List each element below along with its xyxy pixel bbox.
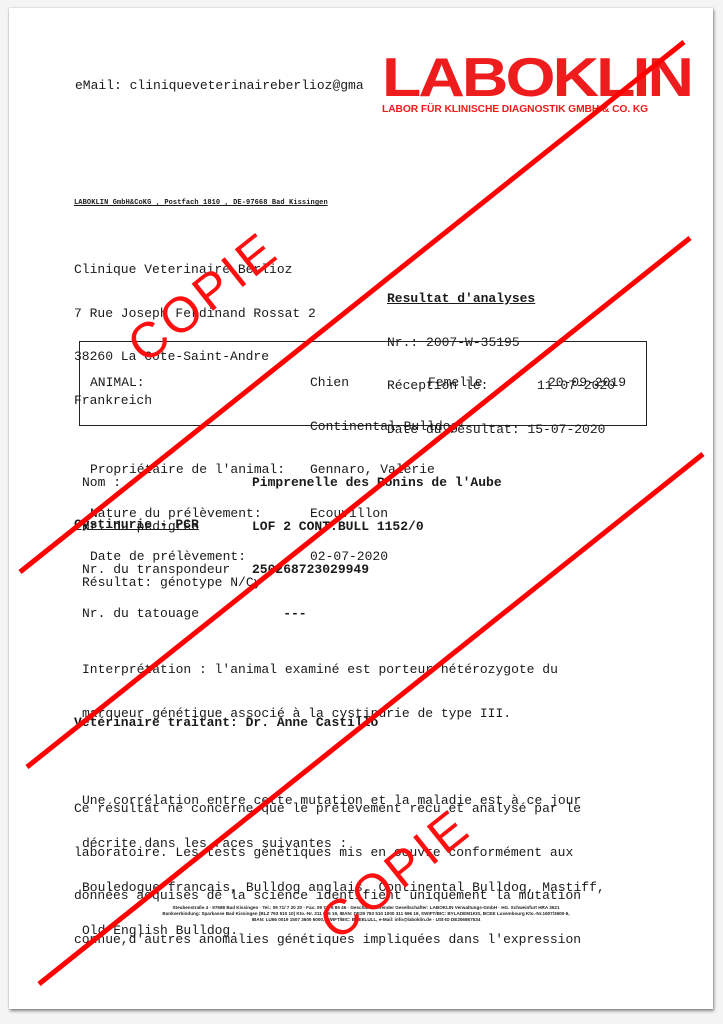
- recipient-line: Clinique Veterinaire Berlioz: [74, 263, 316, 278]
- animal-species: Chien: [310, 376, 428, 391]
- sender-address: LABOKLIN GmbH&CoKG , Postfach 1810 , DE-…: [74, 196, 328, 211]
- disclaimer-line: Ce résultat ne concerne que le prélèveme…: [74, 802, 581, 817]
- footer-line: IBAN: LU66 0019 1507 3600 6000, SWIFT/BI…: [96, 917, 636, 923]
- test-title: Cystinurie - PCR: [74, 518, 199, 533]
- dog-name: Pimprenelle des Ronins de l'Aube: [252, 476, 502, 491]
- animal-birth-date: 20-09-2019: [548, 375, 626, 390]
- animal-label: ANIMAL:: [90, 376, 310, 391]
- id-label: Nom :: [82, 476, 230, 491]
- animal-row: ANIMAL:ChienFemelle20-09-2019: [90, 376, 626, 391]
- recipient-line: 7 Rue Joseph Ferdinand Rossat 2: [74, 307, 316, 322]
- test-result: Résultat: génotype N/Cy: [82, 576, 605, 591]
- disclaimer-line: laboratoire. Les tests génétiques mis en…: [74, 846, 581, 861]
- disclaimer-line: données acquises de la science identifie…: [74, 889, 581, 904]
- animal-breed: Continental Bulldog: [310, 419, 458, 434]
- email-line: eMail: cliniqueveterinaireberlioz@gma: [75, 79, 364, 94]
- laboklin-logo: LABOKLIN LABOR FÜR KLINISCHE DIAGNOSTIK …: [382, 52, 654, 115]
- logo-subtitle: LABOR FÜR KLINISCHE DIAGNOSTIK GMBH & CO…: [382, 103, 648, 115]
- treating-vet: Vétérinaire traitant: Dr. Anne Castillo: [74, 716, 378, 731]
- company-footer: Steubenstraße 4 · 97688 Bad Kissingen · …: [96, 905, 636, 923]
- disclaimer: Ce résultat ne concerne que le prélèveme…: [74, 773, 581, 962]
- breed-row: Continental Bulldog: [90, 420, 626, 435]
- pedigree-number: LOF 2 CONT.BULL 1152/0: [252, 520, 502, 535]
- disclaimer-line: connue,d'autres anomalies génétiques imp…: [74, 933, 581, 948]
- logo-wordmark: LABOKLIN: [382, 52, 700, 102]
- animal-sex: Femelle: [428, 376, 548, 391]
- result-title: Resultat d'analyses: [387, 292, 615, 307]
- interpretation-line: Interprétation : l'animal examiné est po…: [82, 663, 605, 678]
